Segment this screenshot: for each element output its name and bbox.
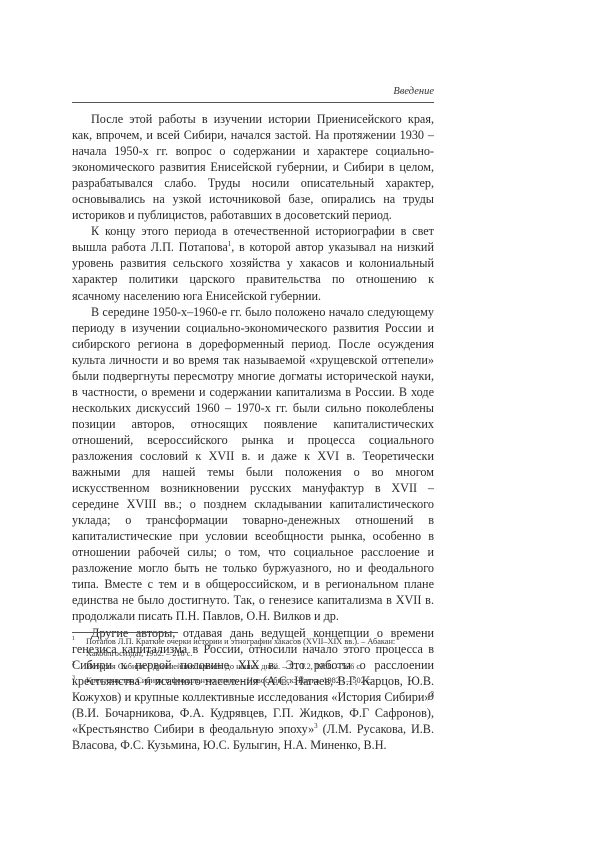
footnote-1: 1 Потапов Л.П. Краткие очерки истории и …: [72, 636, 434, 659]
footnotes: 1 Потапов Л.П. Краткие очерки истории и …: [72, 636, 434, 688]
paragraph-2: К концу этого периода в отечественной ис…: [72, 223, 434, 303]
paragraph-3: В середине 1950-х–1960-е гг. было положе…: [72, 304, 434, 625]
footnote-3: 3 Крестьянство Сибири в феодальную эпоху…: [72, 675, 434, 687]
footnote-number: 1: [72, 634, 75, 646]
footnote-separator: [72, 632, 178, 633]
paragraph-1: После этой работы в изучении истории При…: [72, 111, 434, 223]
footnote-2: 2 История Сибири с древнейших времен до …: [72, 661, 434, 673]
book-page: Введение После этой работы в изучении ис…: [0, 0, 600, 849]
page-number: 9: [414, 689, 434, 704]
footnote-text: Крестьянство Сибири в феодальную эпоху. …: [86, 676, 373, 685]
footnote-number: 3: [72, 673, 75, 685]
footnote-text: История Сибири с древнейших времен до на…: [86, 662, 362, 671]
running-header: Введение: [72, 86, 434, 103]
footnote-number: 2: [72, 659, 75, 671]
footnote-text: Потапов Л.П. Краткие очерки истории и эт…: [86, 637, 395, 658]
